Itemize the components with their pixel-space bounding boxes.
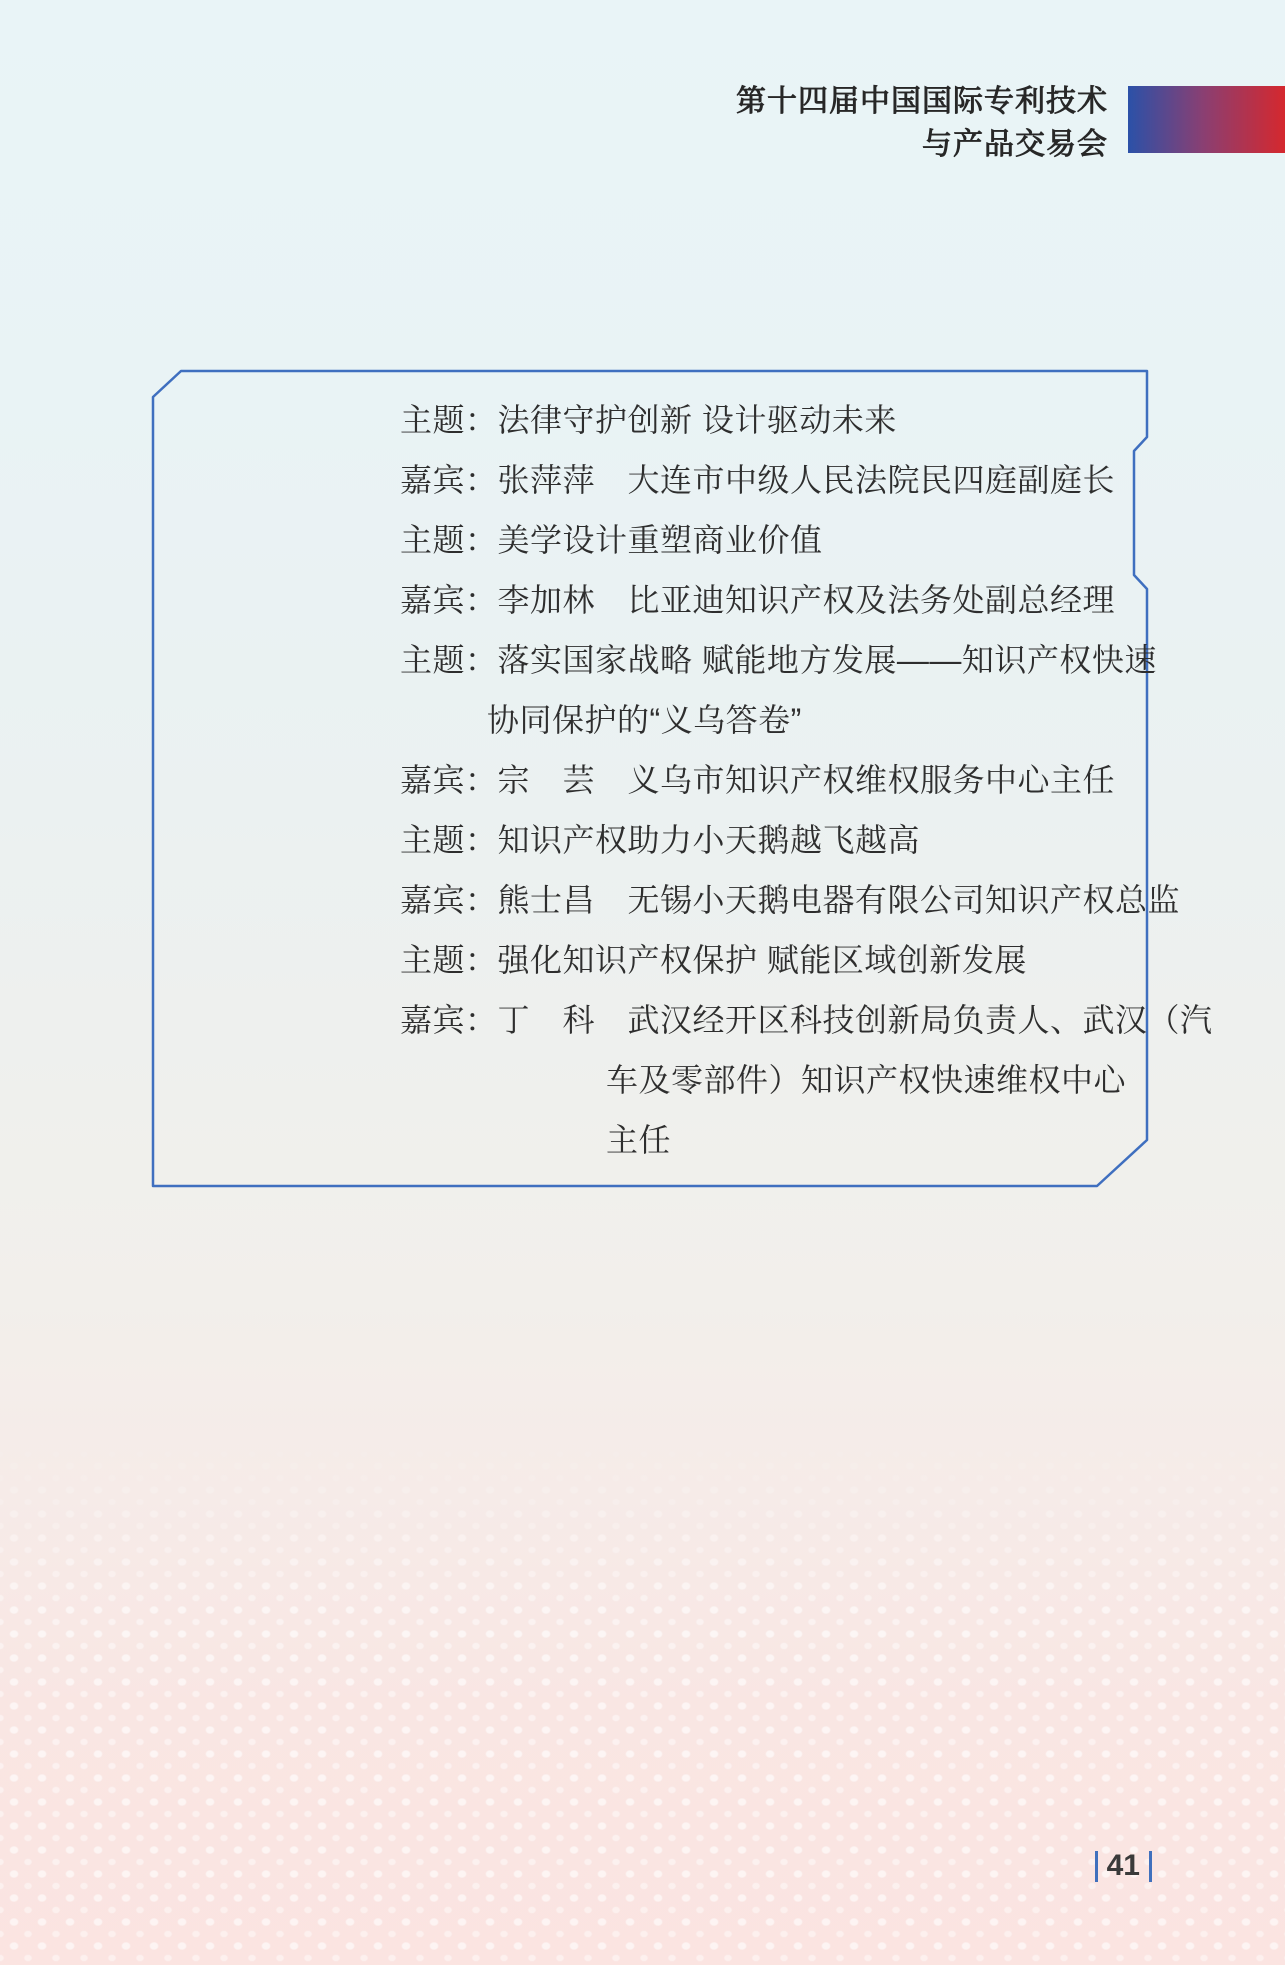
schedule-line-topic: 主题：知识产权助力小天鹅越飞越高	[400, 810, 920, 870]
schedule-line-topic: 主题：落实国家战略 赋能地方发展——知识产权快速	[400, 630, 1157, 690]
page-number-value: 41	[1107, 1849, 1140, 1883]
header-title-line1: 第十四届中国国际专利技术	[736, 80, 1108, 123]
schedule-line-guest: 嘉宾：丁 科 武汉经开区科技创新局负责人、武汉（汽	[400, 990, 1213, 1050]
schedule-line-guest-cont: 车及零部件）知识产权快速维权中心	[606, 1050, 1126, 1110]
schedule-line-topic: 主题：法律守护创新 设计驱动未来	[400, 390, 897, 450]
page-number-bar-right	[1149, 1851, 1152, 1882]
schedule-line-topic: 主题：美学设计重塑商业价值	[400, 510, 823, 570]
header-title-line2: 与产品交易会	[736, 123, 1108, 166]
schedule-line-guest: 嘉宾：李加林 比亚迪知识产权及法务处副总经理	[400, 570, 1115, 630]
page-header: 第十四届中国国际专利技术 与产品交易会	[736, 80, 1108, 166]
brochure-page: 第十四届中国国际专利技术 与产品交易会 主题：法律守护创新 设计驱动未来 嘉宾：…	[0, 0, 1285, 1965]
page-number-bar-left	[1095, 1851, 1098, 1882]
schedule-line-topic-cont: 协同保护的“义乌答卷”	[487, 690, 802, 750]
schedule-line-guest-cont: 主任	[606, 1110, 671, 1170]
schedule-line-topic: 主题：强化知识产权保护 赋能区域创新发展	[400, 930, 1027, 990]
schedule-line-guest: 嘉宾：熊士昌 无锡小天鹅电器有限公司知识产权总监	[400, 870, 1180, 930]
header-gradient-bar	[1128, 86, 1285, 153]
page-number: 41	[1095, 1849, 1152, 1883]
schedule-line-guest: 嘉宾：张萍萍 大连市中级人民法院民四庭副庭长	[400, 450, 1115, 510]
schedule-line-guest: 嘉宾：宗 芸 义乌市知识产权维权服务中心主任	[400, 750, 1115, 810]
halftone-dot-texture	[0, 1430, 1285, 1965]
